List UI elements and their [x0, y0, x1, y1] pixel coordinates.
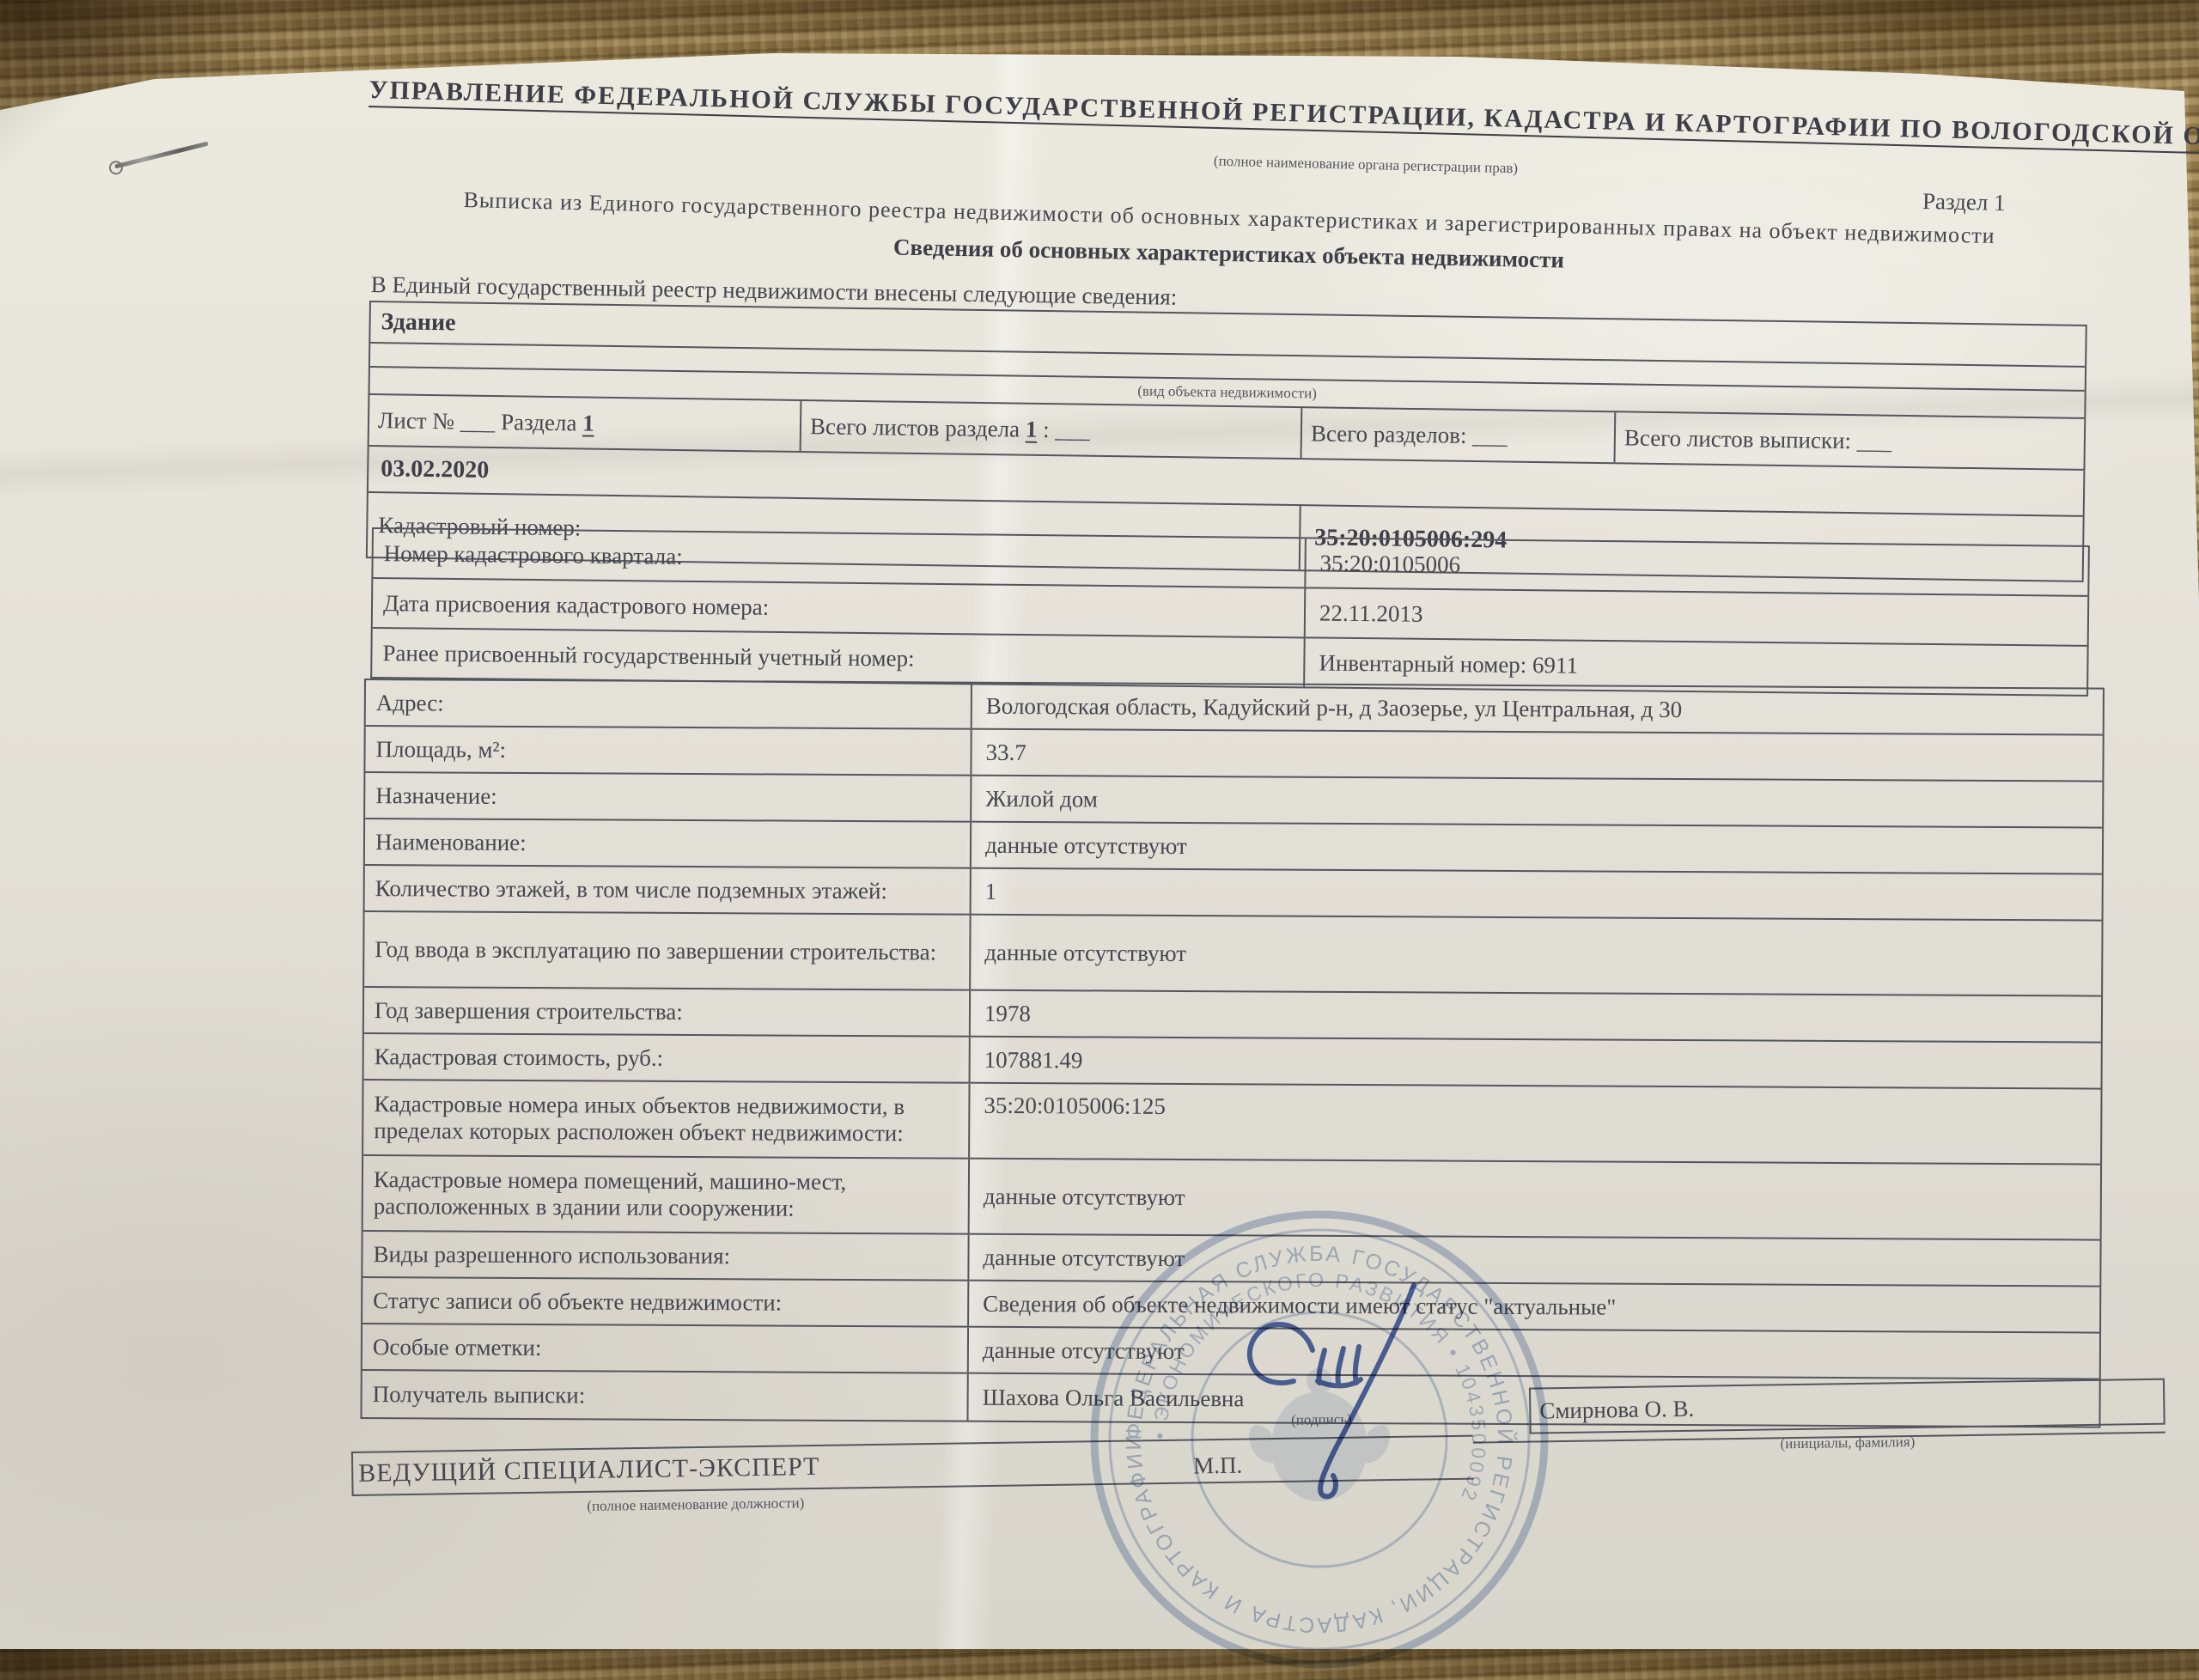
- row-label: Виды разрешенного использования:: [362, 1232, 969, 1280]
- position-caption: (полное наименование должности): [455, 1493, 936, 1517]
- total-sheets-blank: ___: [1055, 417, 1090, 444]
- row-value: данные отсутствуют: [972, 823, 2102, 873]
- table-row: Кадастровые номера иных объектов недвижи…: [363, 1080, 2100, 1166]
- sheet-blank: ___: [460, 408, 496, 435]
- signature-stroke-icon: [1213, 1278, 1428, 1536]
- row-label: Ранее присвоенный государственный учетны…: [372, 629, 1306, 686]
- row-label: Назначение:: [365, 773, 972, 821]
- photo-background: { "header": { "org_name": "УПРАВЛЕНИЕ ФЕ…: [0, 0, 2199, 1649]
- row-value: 1978: [971, 991, 2101, 1042]
- row-value: Жилой дом: [972, 776, 2102, 827]
- signer-name: Смирнова О. В.: [1539, 1395, 1694, 1424]
- row-label: Год завершения строительства:: [364, 988, 971, 1036]
- row-label: Количество этажей, в том числе подземных…: [365, 866, 972, 914]
- row-label: Адрес:: [366, 680, 972, 728]
- row-label: Кадастровые номера иных объектов недвижи…: [363, 1080, 970, 1158]
- row-value: 107881.49: [971, 1038, 2101, 1088]
- row-label: Дата присвоения кадастрового номера:: [373, 579, 1307, 636]
- row-value: данные отсутствуют: [971, 916, 2101, 995]
- total-sheets-colon: :: [1043, 416, 1050, 442]
- extract-sheets-label: Всего листов выписки:: [1624, 424, 1852, 454]
- total-sheets-number: 1: [1026, 416, 1038, 442]
- row-label: Год ввода в эксплуатацию по завершении с…: [364, 912, 971, 989]
- total-sheets-label: Всего листов раздела: [810, 413, 1020, 442]
- row-value: 35:20:0105006:125: [970, 1084, 2100, 1164]
- sheet-cell: Лист № ___ Раздела 1: [369, 395, 802, 451]
- row-label: Площадь, м²:: [365, 727, 972, 775]
- razdela-number: 1: [582, 410, 594, 436]
- sheet-label: Лист №: [378, 407, 454, 435]
- extract-sheets-blank: ___: [1857, 428, 1892, 455]
- row-value: 1: [972, 869, 2102, 920]
- row-label: Номер кадастрового квартала:: [373, 529, 1307, 587]
- row-value: 33.7: [972, 730, 2102, 781]
- total-sheets-cell: Всего листов раздела 1 : ___: [801, 401, 1303, 458]
- extract-date: 03.02.2020: [369, 455, 489, 484]
- quarter-table: Номер кадастрового квартала: 35:20:01050…: [370, 527, 2090, 697]
- row-value: Вологодская область, Кадуйский р-н, д За…: [972, 684, 2103, 734]
- row-label: Кадастровые номера помещений, машино-мес…: [363, 1156, 970, 1233]
- extract-sheets-cell: Всего листов выписки: ___: [1616, 412, 2085, 469]
- razdela-label: Раздела: [501, 409, 577, 436]
- row-label: Особые отметки:: [362, 1324, 969, 1373]
- row-label: Кадастровая стоимость, руб.:: [364, 1034, 971, 1082]
- object-kind: Здание: [370, 308, 455, 337]
- section-label: Раздел 1: [1922, 188, 2006, 216]
- object-kind-caption: (вид объекта недвижимости): [1137, 382, 1317, 402]
- total-sections-label: Всего разделов:: [1311, 420, 1467, 449]
- total-sections-blank: ___: [1472, 422, 1508, 449]
- row-value: 35:20:0105006: [1306, 539, 2088, 595]
- row-label: Наименование:: [365, 819, 972, 867]
- table-row: Год ввода в эксплуатацию по завершении с…: [364, 912, 2101, 997]
- total-sections-cell: Всего разделов: ___: [1302, 408, 1617, 462]
- row-label: Статус записи об объекте недвижимости:: [362, 1278, 969, 1326]
- row-value: 22.11.2013: [1306, 588, 2088, 645]
- signer-name-box: Смирнова О. В.: [1529, 1379, 2165, 1434]
- position-title: ВЕДУЩИЙ СПЕЦИАЛИСТ-ЭКСПЕРТ: [358, 1452, 820, 1488]
